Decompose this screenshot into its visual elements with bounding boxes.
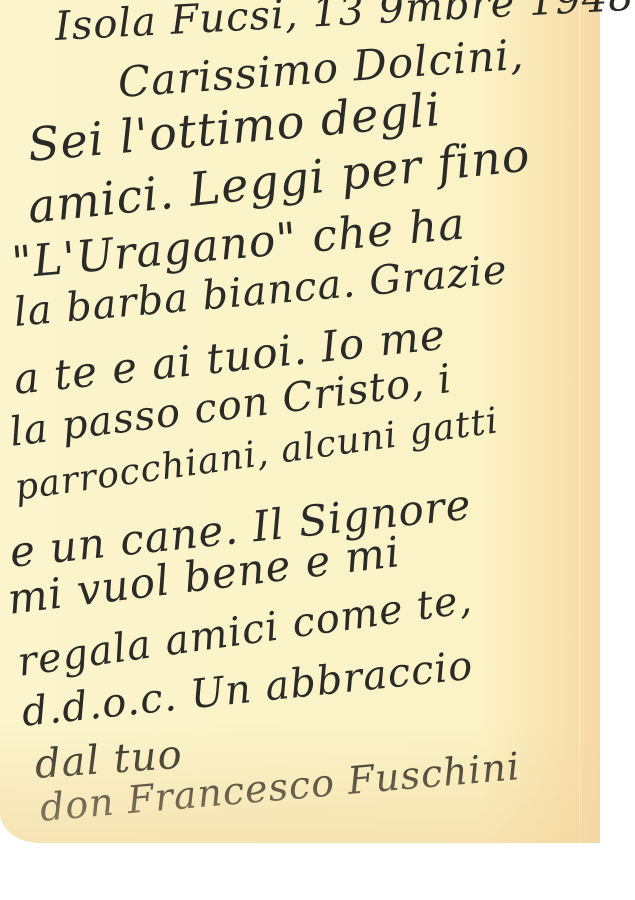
letter-paper: Isola Fucsi, 13 9mbre 1948 Carissimo Dol… xyxy=(0,0,600,843)
letter-signature: don Francesco Fuschini xyxy=(38,744,522,830)
paper-fold xyxy=(579,0,580,843)
letter-closing: dal tuo xyxy=(33,732,184,788)
